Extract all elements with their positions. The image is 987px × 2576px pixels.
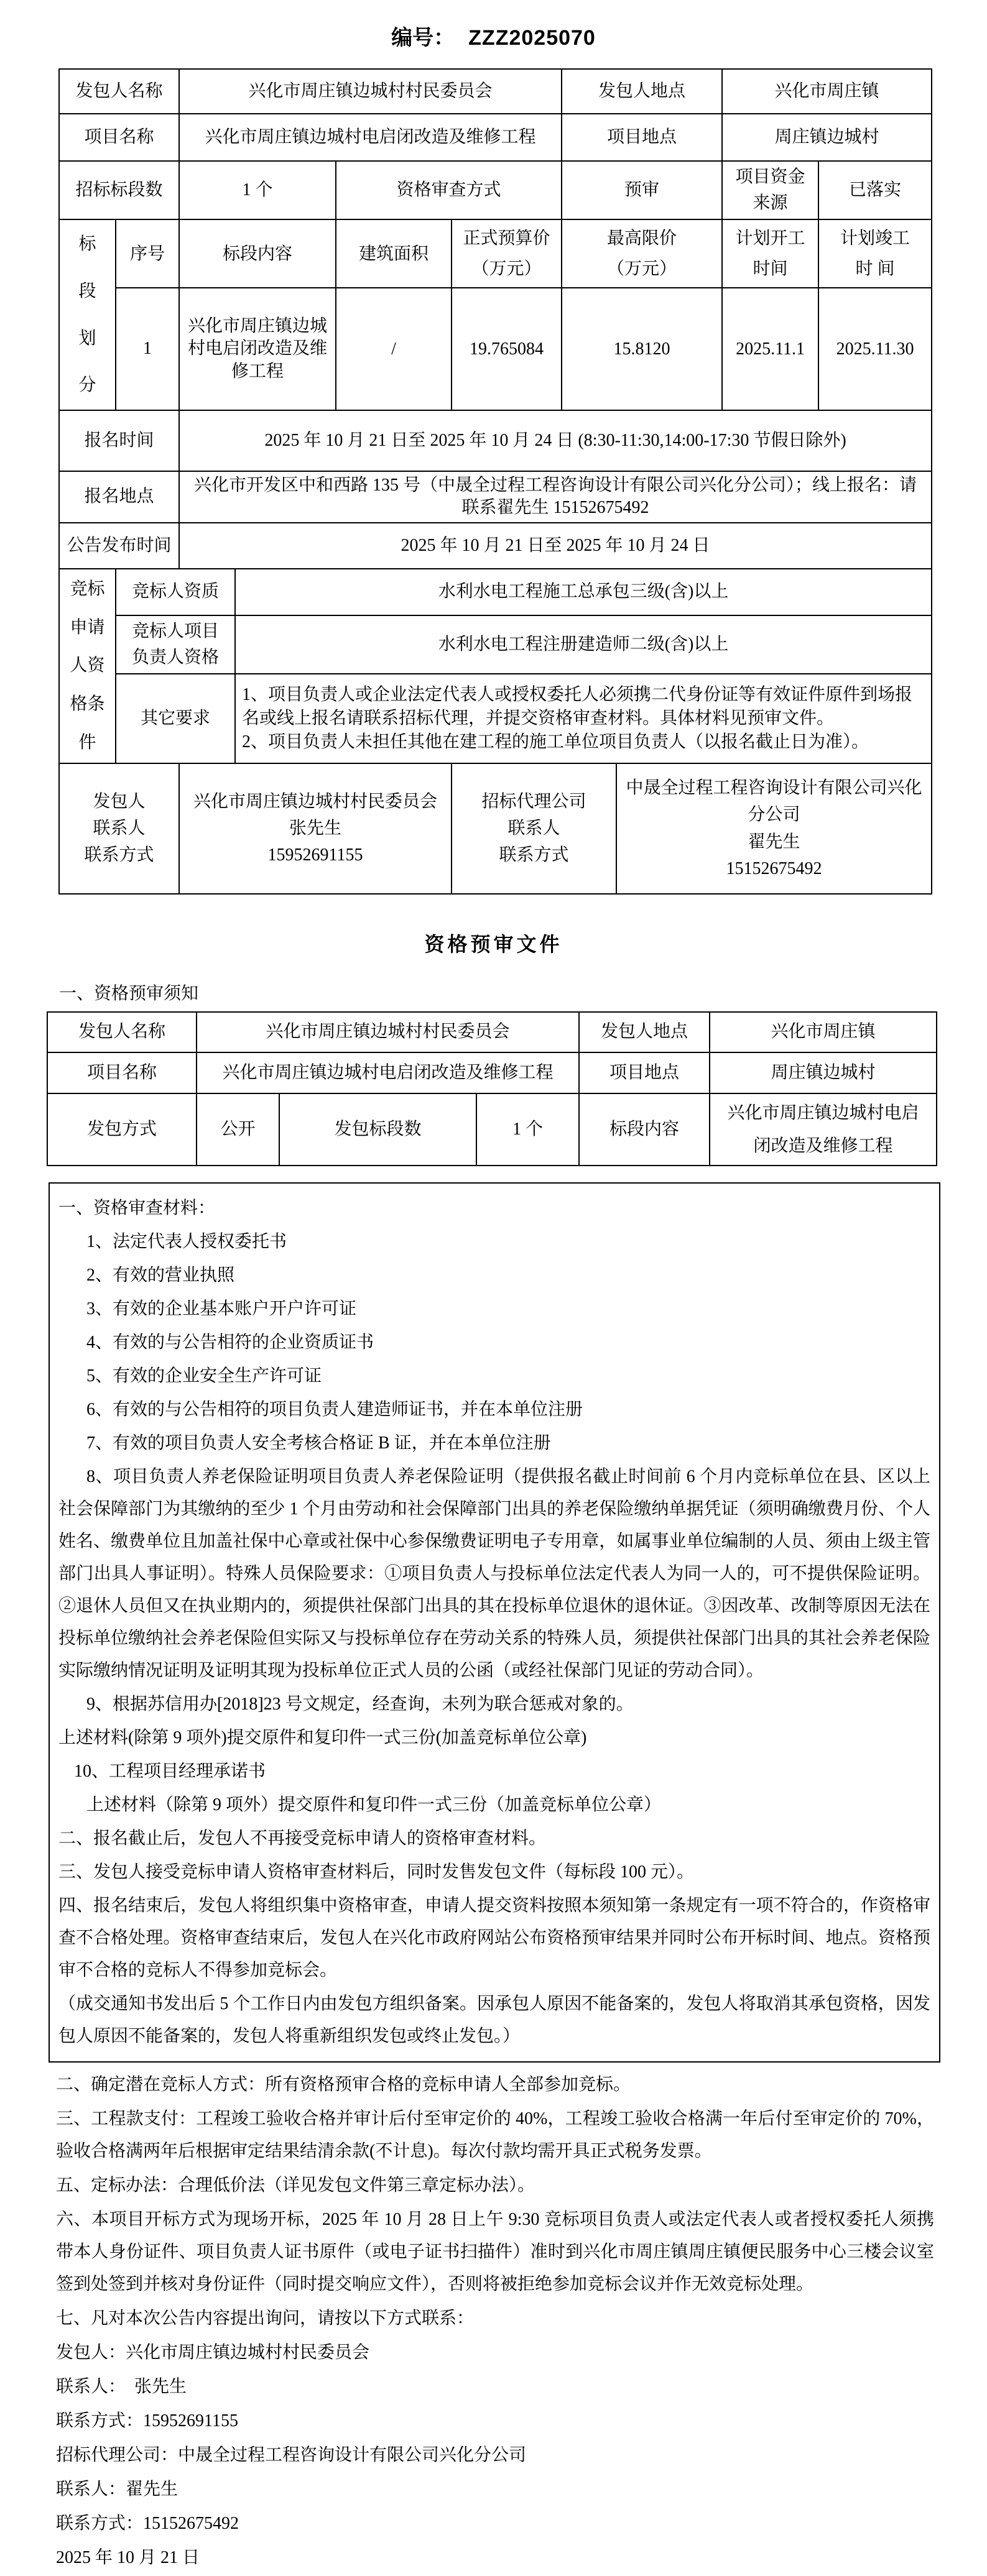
owner-location-value: 兴化市周庄镇 — [722, 69, 932, 114]
box-heading: 一、资格审查材料： — [58, 1192, 930, 1225]
table-row: 发包人 联系人 联系方式 兴化市周庄镇边城村村民委员会 张先生 15952691… — [59, 763, 932, 894]
section-content-header: 标段内容 — [179, 219, 336, 288]
building-area-value: / — [336, 288, 452, 410]
document-page: { "colors": { "background": "#ffffff", "… — [0, 0, 987, 2574]
signup-place-label: 报名地点 — [59, 471, 179, 523]
section-content-value: 兴化市周庄镇边城村电启闭改造及维修工程 — [179, 288, 336, 410]
table-row: 发包人名称 兴化市周庄镇边城村村民委员会 发包人地点 兴化市周庄镇 — [47, 1012, 937, 1052]
award-section-count-value: 1 个 — [476, 1093, 579, 1166]
award-section-count-label: 发包标段数 — [279, 1093, 476, 1166]
table-row: 报名地点 兴化市开发区中和西路 135 号（中晟全过程工程咨询设计有限公司兴化分… — [59, 471, 932, 523]
clause-5: 五、定标办法：合理低价法（详见发包文件第三章定标办法）。 — [56, 2169, 934, 2202]
project-info-table: 发包人名称 兴化市周庄镇边城村村民委员会 发包人地点 兴化市周庄镇 项目名称 兴… — [58, 68, 932, 895]
table-row: 发包方式 公开 发包标段数 1 个 标段内容 兴化市周庄镇边城村电启 闭改造及维… — [47, 1093, 937, 1166]
table-row: 项目名称 兴化市周庄镇边城村电启闭改造及维修工程 项目地点 周庄镇边城村 — [47, 1052, 937, 1093]
table-row: 项目名称 兴化市周庄镇边城村电启闭改造及维修工程 项目地点 周庄镇边城村 — [59, 114, 932, 161]
table-row: 发包人名称 兴化市周庄镇边城村村民委员会 发包人地点 兴化市周庄镇 — [59, 69, 932, 114]
agency-contact-person: 联系人：翟先生 — [56, 2473, 934, 2506]
bidder-qualification-value: 水利水电工程施工总承包三级(含)以上 — [235, 569, 932, 615]
pm-qualification-label: 竞标人项目 负责人资格 — [116, 615, 235, 674]
owner-name-value: 兴化市周庄镇边城村村民委员会 — [179, 69, 562, 114]
box-clause-3: 三、发包人接受竞标申请人资格审查材料后，同时发售发包文件（每标段 100 元）。 — [58, 1856, 930, 1888]
signup-place-value: 兴化市开发区中和西路 135 号（中晟全过程工程咨询设计有限公司兴化分公司）；线… — [179, 471, 932, 523]
clause-2: 二、确定潜在竞标人方式：所有资格预审合格的竞标申请人全部参加竞标。 — [56, 2069, 934, 2101]
date-line: 2025 年 10 月 21 日 — [56, 2542, 934, 2574]
seq-value: 1 — [116, 288, 179, 410]
section-content-label: 标段内容 — [579, 1093, 710, 1166]
material-item-6: 6、有效的与公告相符的项目负责人建造师证书，并在本单位注册 — [58, 1394, 930, 1426]
notice-heading: 一、资格预审须知 — [59, 983, 987, 1005]
announcement-clauses: 二、确定潜在竞标人方式：所有资格预审合格的竞标申请人全部参加竞标。 三、工程款支… — [56, 2069, 934, 2574]
max-price-value: 15.8120 — [562, 288, 722, 410]
box-clause-2: 二、报名截止后，发包人不再接受竞标申请人的资格审查材料。 — [58, 1823, 930, 1855]
materials-note-2: 上述材料（除第 9 项外）提交原件和复印件一式三份（加盖竞标单位公章） — [58, 1789, 930, 1821]
doc-number: 编号：ZZZ2025070 — [0, 0, 987, 50]
owner-contact-label: 发包人 联系人 联系方式 — [59, 763, 179, 894]
project-name-label: 项目名称 — [59, 114, 179, 161]
owner-name-value: 兴化市周庄镇边城村村民委员会 — [197, 1012, 579, 1052]
table-row: 报名时间 2025 年 10 月 21 日至 2025 年 10 月 24 日 … — [59, 410, 932, 471]
pm-qualification-value: 水利水电工程注册建造师二级(含)以上 — [235, 615, 932, 674]
owner-line: 发包人：兴化市周庄镇边城村村民委员会 — [56, 2337, 934, 2369]
other-requirements-value: 1、项目负责人或企业法定代表人或授权委托人必须携二代身份证等有效证件原件到场报名… — [235, 674, 932, 763]
owner-location-value: 兴化市周庄镇 — [710, 1012, 937, 1052]
owner-location-label: 发包人地点 — [562, 69, 722, 114]
box-clause-note: （成交通知书发出后 5 个工作日内由发包方组织备案。因承包人原因不能备案的，发包… — [58, 1988, 930, 2053]
material-item-1: 1、法定代表人授权委托书 — [58, 1226, 930, 1258]
prequalification-info-table: 发包人名称 兴化市周庄镇边城村村民委员会 发包人地点 兴化市周庄镇 项目名称 兴… — [47, 1011, 937, 1166]
announce-time-label: 公告发布时间 — [59, 523, 179, 569]
owner-contact-value: 兴化市周庄镇边城村村民委员会 张先生 15952691155 — [179, 763, 452, 894]
material-item-3: 3、有效的企业基本账户开户许可证 — [58, 1293, 930, 1325]
signup-time-value: 2025 年 10 月 21 日至 2025 年 10 月 24 日 (8:30… — [179, 410, 932, 471]
table-row: 竞标申请人资格条件 竞标人资质 水利水电工程施工总承包三级(含)以上 — [59, 569, 932, 615]
review-method-label: 资格审查方式 — [336, 161, 562, 219]
clause-6: 六、本项目开标方式为现场开标，2025 年 10 月 28 日上午 9:30 竞… — [56, 2204, 934, 2301]
review-method-value: 预审 — [562, 161, 722, 219]
doc-number-label: 编号： — [391, 26, 455, 50]
agency-contact-phone: 联系方式：15152675492 — [56, 2508, 934, 2540]
section-division-label: 标 段 划 分 — [59, 219, 116, 410]
owner-name-label: 发包人名称 — [47, 1012, 197, 1052]
bidder-qualification-label: 竞标人资质 — [116, 569, 235, 615]
fund-source-label: 项目资金 来源 — [722, 161, 818, 219]
clause-3: 三、工程款支付：工程竣工验收合格并审计后付至审定价的 40%，工程竣工验收合格满… — [56, 2103, 934, 2168]
materials-note-1: 上述材料(除第 9 项外)提交原件和复印件一式三份(加盖竞标单位公章) — [58, 1722, 930, 1754]
owner-contact-person: 联系人： 张先生 — [56, 2371, 934, 2403]
material-item-7: 7、有效的项目负责人安全考核合格证 B 证，并在本单位注册 — [58, 1427, 930, 1460]
finish-date-value: 2025.11.30 — [818, 288, 932, 410]
agency-line: 招标代理公司：中晟全过程工程咨询设计有限公司兴化分公司 — [56, 2439, 934, 2472]
table-row: 招标标段数 1 个 资格审查方式 预审 项目资金 来源 已落实 — [59, 161, 932, 219]
project-name-value: 兴化市周庄镇边城村电启闭改造及维修工程 — [179, 114, 562, 161]
material-item-9: 9、根据苏信用办[2018]23 号文规定，经查询，未列为联合惩戒对象的。 — [58, 1688, 930, 1721]
table-row: 竞标人项目 负责人资格 水利水电工程注册建造师二级(含)以上 — [59, 615, 932, 674]
project-name-label: 项目名称 — [47, 1052, 197, 1093]
announce-time-value: 2025 年 10 月 21 日至 2025 年 10 月 24 日 — [179, 523, 932, 569]
material-item-4: 4、有效的与公告相符的企业资质证书 — [58, 1327, 930, 1359]
material-item-2: 2、有效的营业执照 — [58, 1259, 930, 1292]
box-clause-4: 四、报名结束后，发包人将组织集中资格审查，申请人提交资料按照本须知第一条规定有一… — [58, 1890, 930, 1987]
project-location-label: 项目地点 — [579, 1052, 710, 1093]
start-date-header: 计划开工 时间 — [722, 219, 818, 288]
section-count-label: 招标标段数 — [59, 161, 179, 219]
review-materials-box: 一、资格审查材料： 1、法定代表人授权委托书 2、有效的营业执照 3、有效的企业… — [49, 1182, 940, 2063]
signup-time-label: 报名时间 — [59, 410, 179, 471]
owner-name-label: 发包人名称 — [59, 69, 179, 114]
agency-contact-value: 中晟全过程工程咨询设计有限公司兴化 分公司 翟先生 15152675492 — [616, 763, 932, 894]
other-requirements-label: 其它要求 — [116, 674, 235, 763]
owner-contact-phone: 联系方式：15952691155 — [56, 2405, 934, 2437]
agency-contact-label: 招标代理公司 联系人 联系方式 — [452, 763, 616, 894]
start-date-value: 2025.11.1 — [722, 288, 818, 410]
material-item-10: 10、工程项目经理承诺书 — [58, 1755, 930, 1788]
award-method-label: 发包方式 — [47, 1093, 197, 1166]
finish-date-header: 计划竣工 时 间 — [818, 219, 932, 288]
owner-location-label: 发包人地点 — [579, 1012, 710, 1052]
qualification-group-label: 竞标申请人资格条件 — [59, 569, 116, 763]
section-count-value: 1 个 — [179, 161, 336, 219]
table-row: 标 段 划 分 序号 标段内容 建筑面积 正式预算价 （万元） 最高限价 （万元… — [59, 219, 932, 288]
material-item-5: 5、有效的企业安全生产许可证 — [58, 1360, 930, 1392]
clause-7: 七、凡对本次公告内容提出询问，请按以下方式联系： — [56, 2302, 934, 2335]
building-area-header: 建筑面积 — [336, 219, 452, 288]
page-title: 资格预审文件 — [0, 932, 987, 957]
table-row: 公告发布时间 2025 年 10 月 21 日至 2025 年 10 月 24 … — [59, 523, 932, 569]
project-location-value: 周庄镇边城村 — [722, 114, 932, 161]
budget-price-value: 19.765084 — [452, 288, 562, 410]
project-location-label: 项目地点 — [562, 114, 722, 161]
project-location-value: 周庄镇边城村 — [710, 1052, 937, 1093]
max-price-header: 最高限价 （万元） — [562, 219, 722, 288]
seq-header: 序号 — [116, 219, 179, 288]
fund-source-value: 已落实 — [818, 161, 932, 219]
award-method-value: 公开 — [197, 1093, 279, 1166]
material-item-8: 8、项目负责人养老保险证明项目负责人养老保险证明（提供报名截止时间前 6 个月内… — [58, 1461, 930, 1687]
table-row: 1 兴化市周庄镇边城村电启闭改造及维修工程 / 19.765084 15.812… — [59, 288, 932, 410]
doc-number-value: ZZZ2025070 — [468, 26, 596, 50]
section-content-value: 兴化市周庄镇边城村电启 闭改造及维修工程 — [710, 1093, 937, 1166]
budget-price-header: 正式预算价 （万元） — [452, 219, 562, 288]
table-row: 其它要求 1、项目负责人或企业法定代表人或授权委托人必须携二代身份证等有效证件原… — [59, 674, 932, 763]
project-name-value: 兴化市周庄镇边城村电启闭改造及维修工程 — [197, 1052, 579, 1093]
